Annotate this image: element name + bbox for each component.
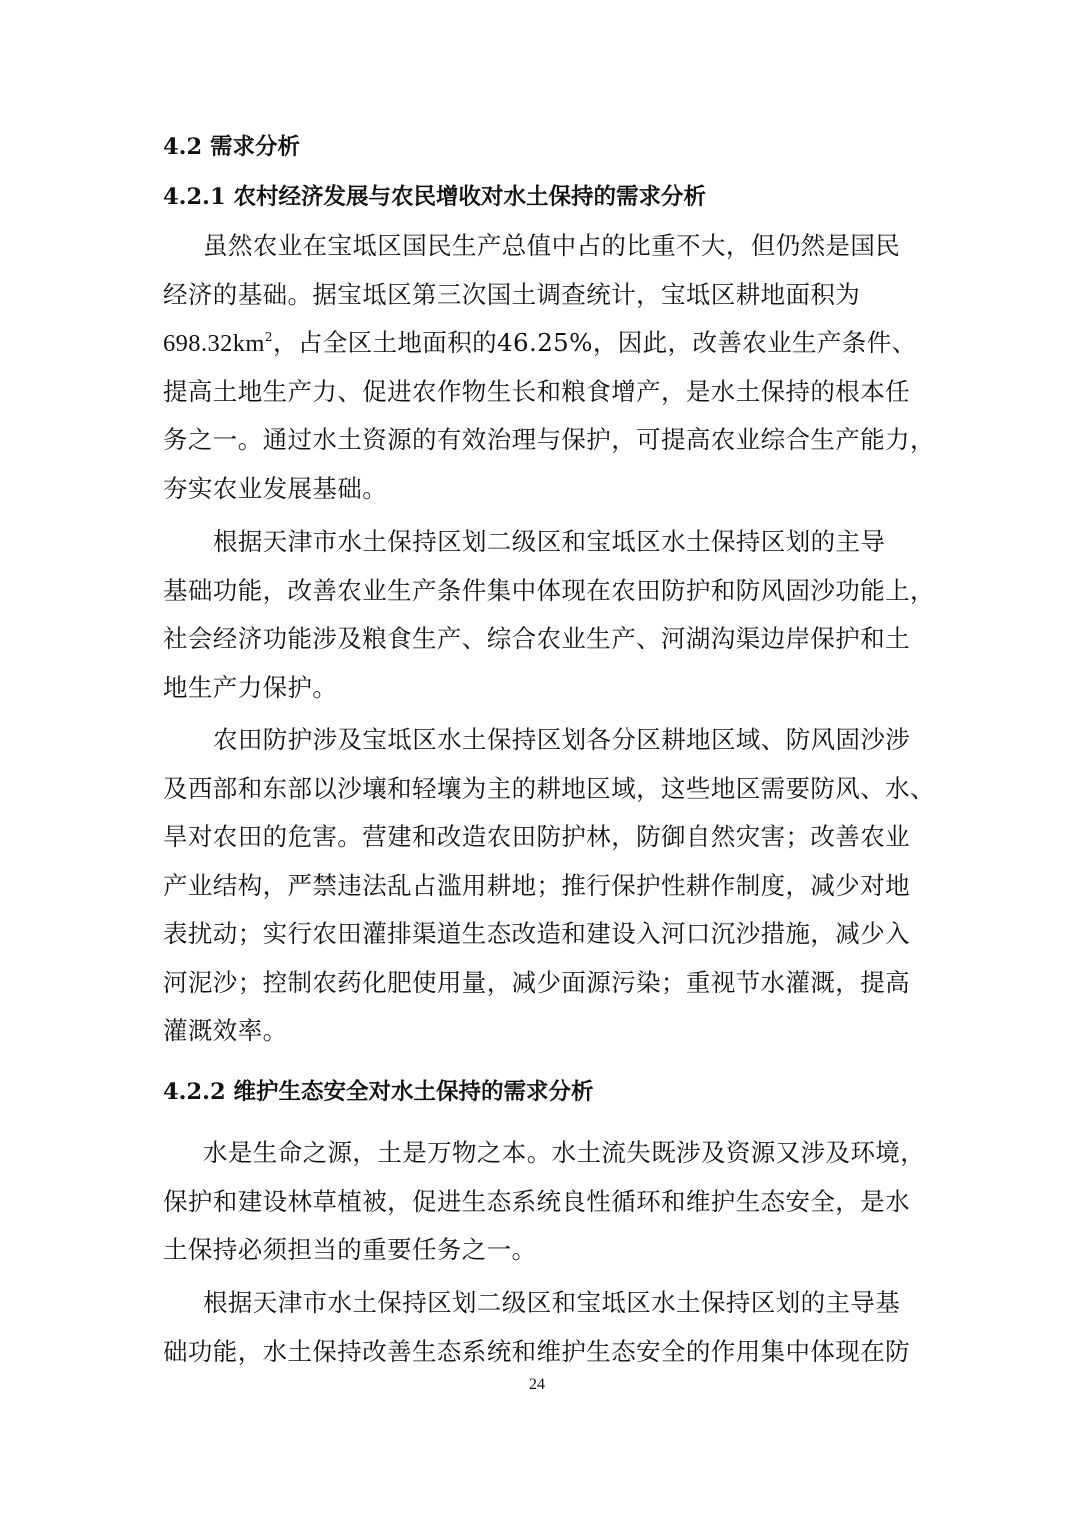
paragraph-line: 698.32km2，占全区土地面积的46.25%，因此，改善农业生产条件、 xyxy=(163,328,913,359)
paragraph-line: 产业结构，严禁违法乱占滥用耕地；推行保护性耕作制度，减少对地 xyxy=(163,871,913,901)
paragraph-line: 夯实农业发展基础。 xyxy=(163,474,913,504)
paragraph-line: 经济的基础。据宝坻区第三次国土调查统计，宝坻区耕地面积为 xyxy=(163,280,913,310)
page-number: 24 xyxy=(0,1376,1074,1394)
paragraph-line-rest: ，占全区土地面积的46.25%，因此，改善农业生产条件、 xyxy=(273,328,917,357)
paragraph-line: 及西部和东部以沙壤和轻壤为主的耕地区域，这些地区需要防风、水、 xyxy=(163,774,913,804)
area-value: 698.32km xyxy=(163,330,265,357)
section-heading: 4.2 需求分析 xyxy=(163,132,913,162)
paragraph-line: 社会经济功能涉及粮食生产、综合农业生产、河湖沟渠边岸保护和土 xyxy=(163,624,913,654)
subsection-heading-4-2-1: 4.2.1 农村经济发展与农民增收对水土保持的需求分析 xyxy=(163,182,913,212)
paragraph-line: 土保持必须担当的重要任务之一。 xyxy=(163,1235,913,1265)
paragraph-line: 灌溉效率。 xyxy=(163,1016,913,1046)
subsection-heading-4-2-2: 4.2.2 维护生态安全对水土保持的需求分析 xyxy=(163,1077,913,1107)
paragraph-line: 础功能，水土保持改善生态系统和维护生态安全的作用集中体现在防 xyxy=(163,1337,913,1367)
paragraph-line: 提高土地生产力、促进农作物生长和粮食增产，是水土保持的根本任 xyxy=(163,377,913,407)
paragraph-line: 地生产力保护。 xyxy=(163,673,913,703)
paragraph-line: 表扰动；实行农田灌排渠道生态改造和建设入河口沉沙措施，减少入 xyxy=(163,919,913,949)
paragraph-line: 河泥沙；控制农药化肥使用量，减少面源污染；重视节水灌溉，提高 xyxy=(163,968,913,998)
paragraph-line: 务之一。通过水土资源的有效治理与保护，可提高农业综合生产能力， xyxy=(163,425,913,455)
paragraph-line: 旱对农田的危害。营建和改造农田防护林，防御自然灾害；改善农业 xyxy=(163,822,913,852)
document-page: 4.2 需求分析 4.2.1 农村经济发展与农民增收对水土保持的需求分析 虽然农… xyxy=(0,0,1074,1520)
paragraph-line: 农田防护涉及宝坻区水土保持区划各分区耕地区域、防风固沙涉 xyxy=(213,725,913,755)
paragraph-line: 水是生命之源，土是万物之本。水土流失既涉及资源又涉及环境， xyxy=(203,1138,913,1168)
paragraph-line: 根据天津市水土保持区划二级区和宝坻区水土保持区划的主导 xyxy=(213,527,913,557)
area-unit-superscript: 2 xyxy=(265,330,273,344)
paragraph-line: 虽然农业在宝坻区国民生产总值中占的比重不大，但仍然是国民 xyxy=(203,231,913,261)
paragraph-line: 保护和建设林草植被，促进生态系统良性循环和维护生态安全，是水 xyxy=(163,1187,913,1217)
paragraph-line: 根据天津市水土保持区划二级区和宝坻区水土保持区划的主导基 xyxy=(203,1288,913,1318)
paragraph-line: 基础功能，改善农业生产条件集中体现在农田防护和防风固沙功能上， xyxy=(163,576,913,606)
